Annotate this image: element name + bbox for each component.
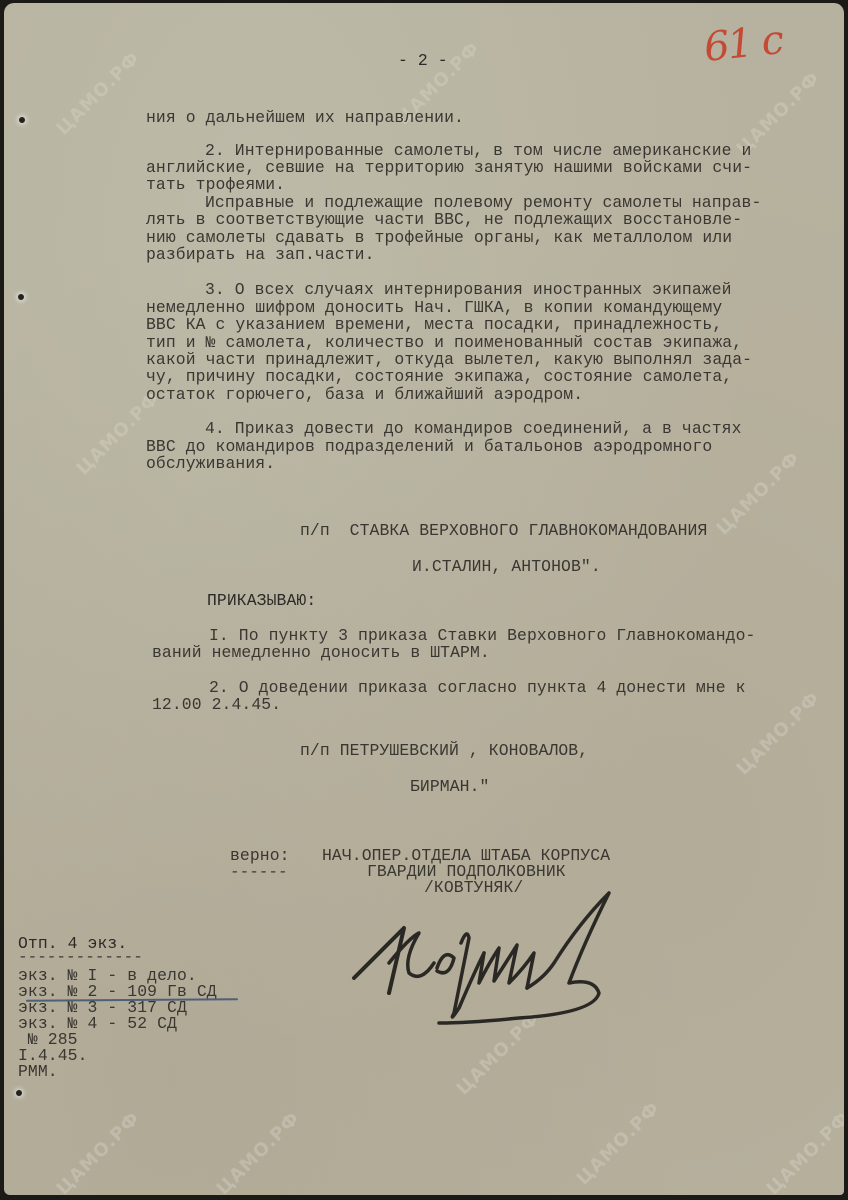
paragraph-3-line: 3. О всех случаях интернирования иностра… [205, 282, 732, 298]
continuation-line: ния о дальнейшем их направлении. [146, 110, 464, 126]
certification-label: верно: [230, 848, 290, 864]
paragraph-2-line: английские, севшие на территорию занятую… [146, 160, 752, 176]
watermark: ЦАМО.РФ [212, 1108, 304, 1195]
paragraph-2b-line: разбирать на зап.части. [146, 247, 375, 263]
stavka-signature-names: И.СТАЛИН, АНТОНОВ". [412, 559, 601, 575]
order-2-line: 2. О доведении приказа согласно пункта 4… [209, 680, 746, 696]
paragraph-2-line: тать трофеями. [146, 177, 285, 193]
army-signature-line: п/п ПЕТРУШЕВСКИЙ , КОНОВАЛОВ, [300, 743, 588, 759]
paragraph-4-line: ВВС до командиров подразделений и баталь… [146, 439, 712, 455]
watermark: ЦАМО.РФ [572, 1098, 664, 1190]
watermark: ЦАМО.РФ [712, 448, 804, 540]
watermark: ЦАМО.РФ [52, 1108, 144, 1195]
paragraph-2b-line: лять в соответствующие части ВВС, не под… [146, 212, 742, 228]
certification-label-underline: ------ [230, 863, 288, 881]
paragraph-3-line: остаток горючего, база и ближайший аэрод… [146, 387, 583, 403]
order-1-line: ваний немедленно доносить в ШТАРМ. [152, 645, 490, 661]
paragraph-3-line: тип и № самолета, количество и поименова… [146, 335, 742, 351]
paragraph-3-line: ВВС КА с указанием времени, места посадк… [146, 317, 722, 333]
paragraph-2-line: 2. Интернированные самолеты, в том числе… [205, 143, 751, 159]
paragraph-2b-line: нию самолеты сдавать в трофейные органы,… [146, 230, 732, 246]
paragraph-3-line: немедленно шифром доносить Нач. ГШКА, в … [146, 300, 722, 316]
paragraph-4-line: обслуживания. [146, 456, 275, 472]
handwritten-signature-icon [349, 883, 669, 1033]
binder-hole [16, 1090, 22, 1096]
watermark: ЦАМО.РФ [762, 1108, 844, 1195]
order-heading: ПРИКАЗЫВАЮ: [207, 593, 316, 609]
paragraph-2b-line: Исправные и подлежащие полевому ремонту … [205, 195, 761, 211]
paragraph-4-line: 4. Приказ довести до командиров соединен… [205, 421, 742, 437]
paragraph-3-line: чу, причину посадки, состояние экипажа, … [146, 369, 732, 385]
order-2-line: 12.00 2.4.45. [152, 697, 281, 713]
archive-page-number: 61 с [702, 17, 784, 71]
typist-initials: РММ. [18, 1064, 58, 1080]
army-signature-line: БИРМАН." [410, 779, 490, 795]
distribution-header-underline: ------------- [18, 948, 143, 966]
stavka-signature-line: п/п СТАВКА ВЕРХОВНОГО ГЛАВНОКОМАНДОВАНИЯ [300, 523, 707, 539]
watermark: ЦАМО.РФ [732, 688, 824, 780]
page-marker: - 2 - [398, 53, 448, 69]
order-1-line: I. По пункту 3 приказа Ставки Верховного… [209, 628, 755, 644]
binder-hole [18, 294, 24, 300]
paragraph-3-line: какой части принадлежит, откуда вылетел,… [146, 352, 752, 368]
document-page: ЦАМО.РФ ЦАМО.РФ ЦАМО.РФ ЦАМО.РФ ЦАМО.РФ … [4, 3, 844, 1195]
watermark: ЦАМО.РФ [52, 48, 144, 140]
binder-hole [19, 117, 25, 123]
